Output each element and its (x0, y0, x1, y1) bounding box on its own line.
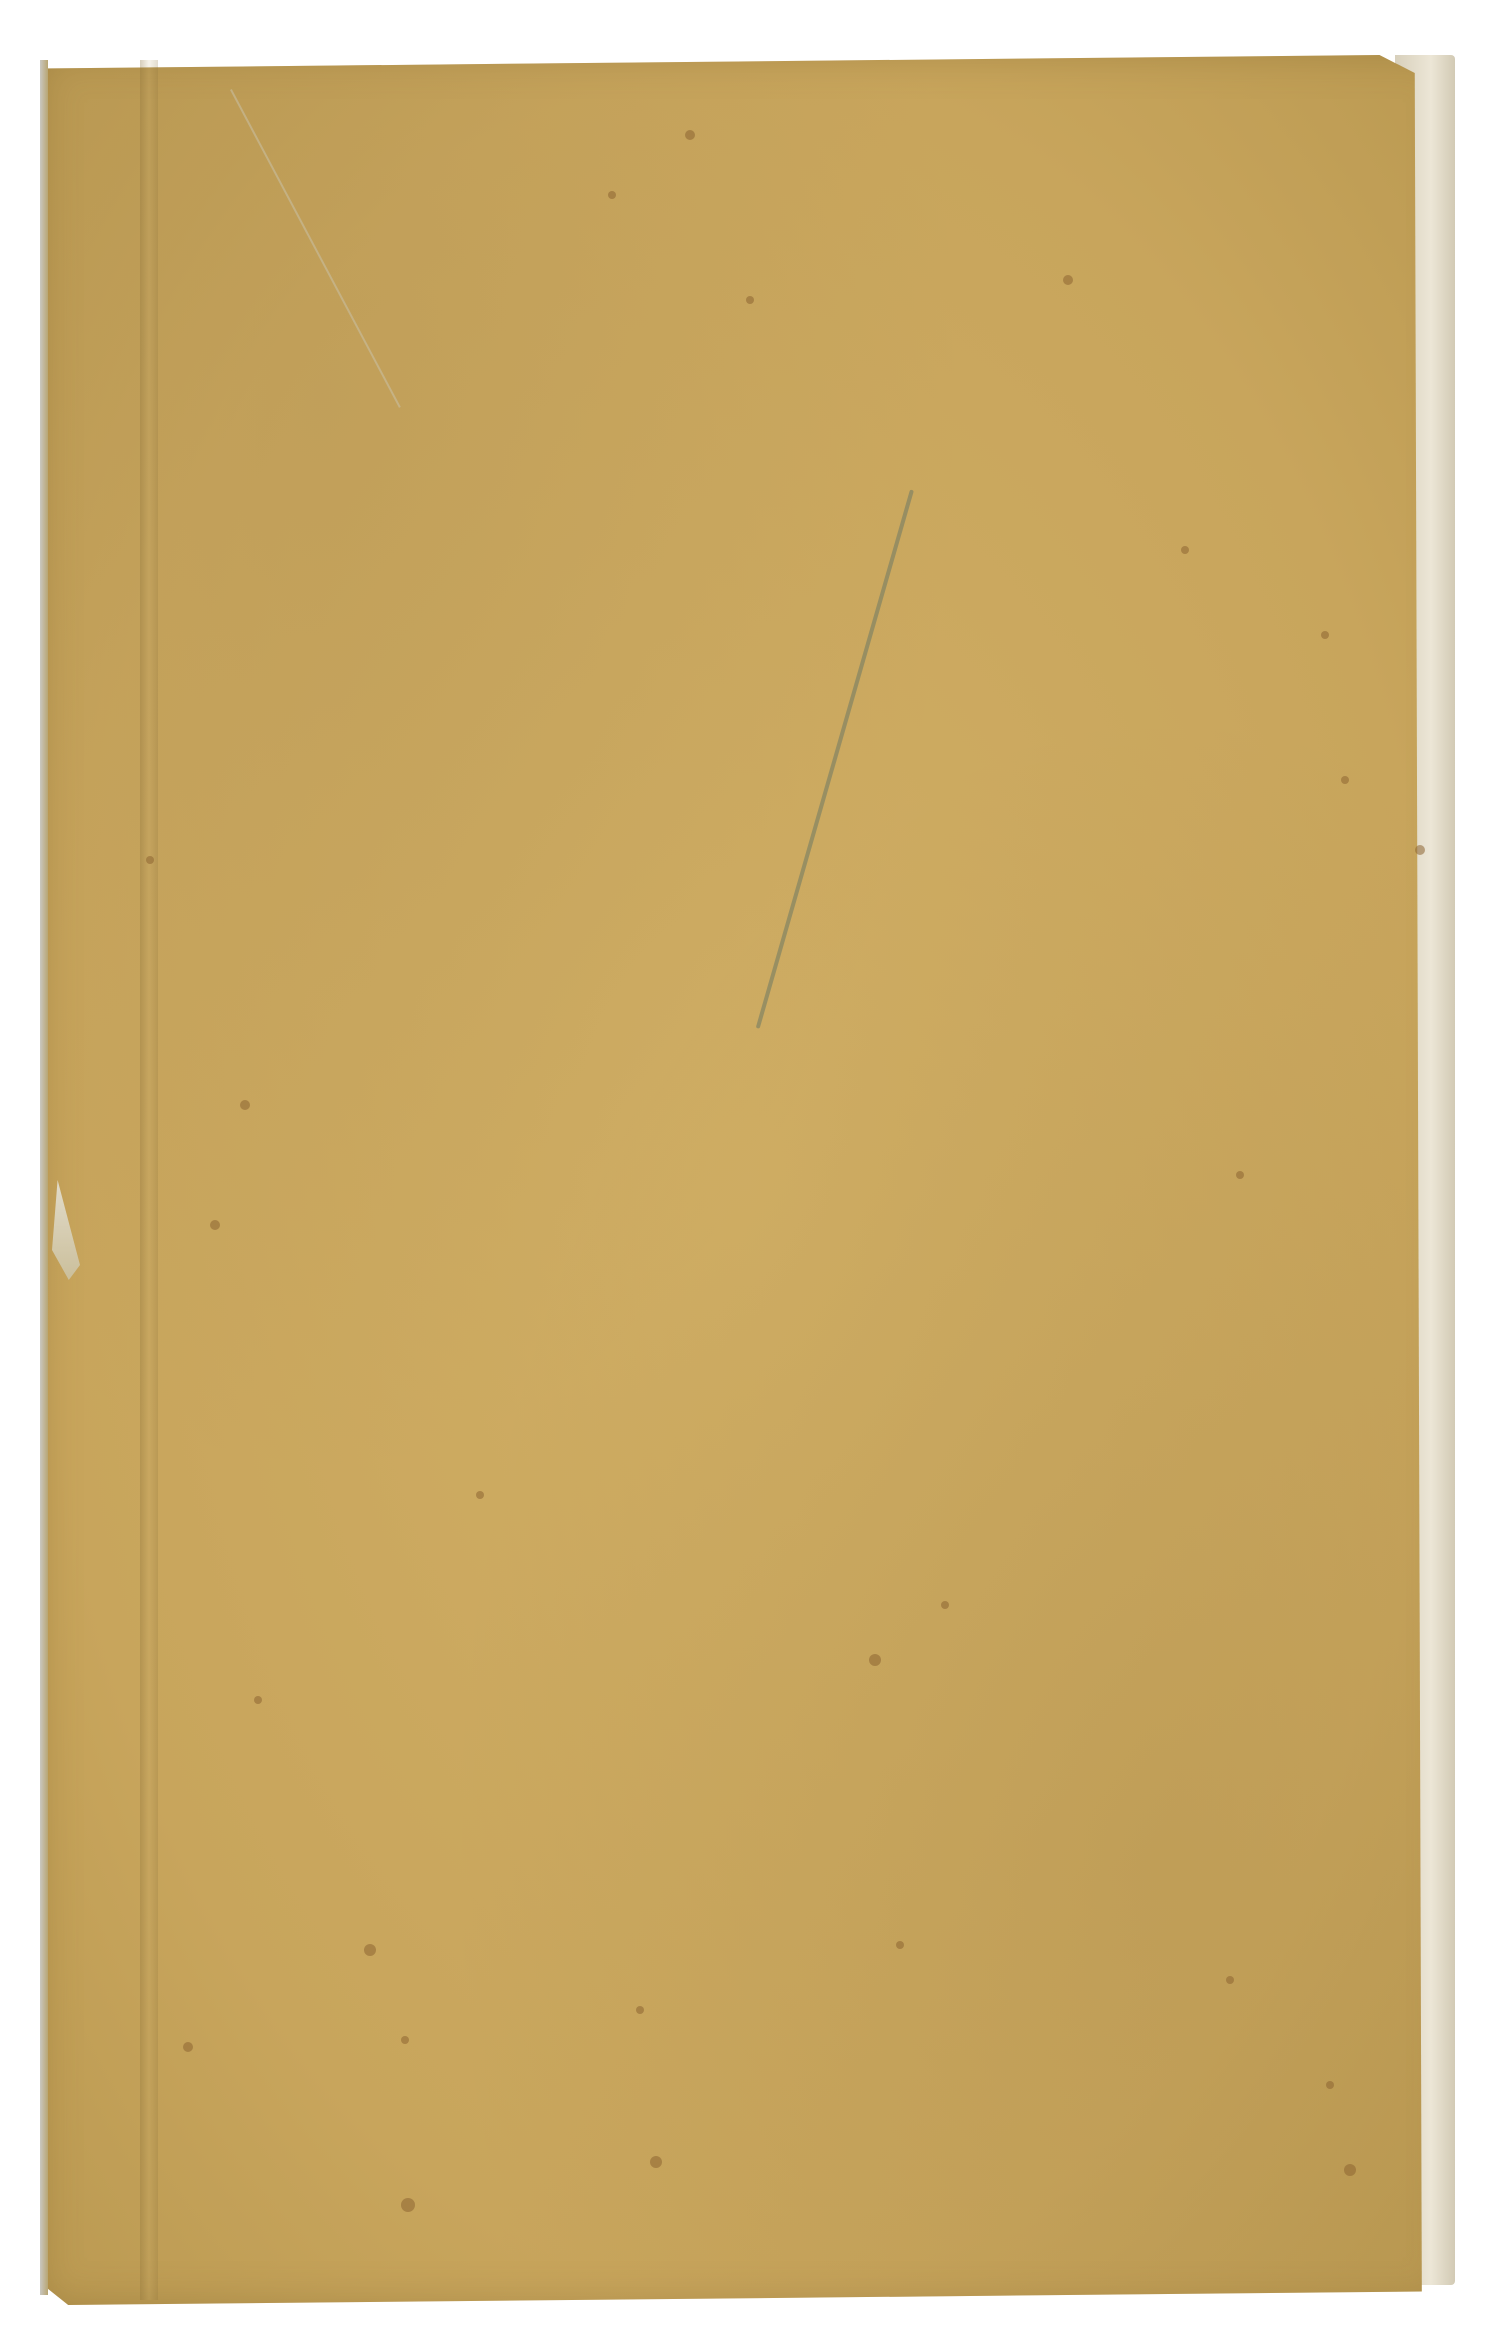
foxing-spot (941, 1601, 949, 1609)
foxing-spot (685, 130, 695, 140)
foxing-spot (896, 1941, 904, 1949)
foxing-spot (1236, 1171, 1244, 1179)
foxing-spot (1341, 776, 1349, 784)
foxing-spot (1063, 275, 1073, 285)
foxing-spot (1181, 546, 1189, 554)
foxing-spot (1226, 1976, 1234, 1984)
foxing-spot (364, 1944, 376, 1956)
foxing-spot (1326, 2081, 1334, 2089)
foxing-spot (1321, 631, 1329, 639)
cover-left-edge (40, 60, 48, 2295)
foxing-spot (650, 2156, 662, 2168)
foxing-spot (1344, 2164, 1356, 2176)
foxing-spot (183, 2042, 193, 2052)
foxing-spot (254, 1696, 262, 1704)
foxing-spot (1415, 845, 1425, 855)
foxing-spot (240, 1100, 250, 1110)
foxing-spot (608, 191, 616, 199)
foxing-spot (636, 2006, 644, 2014)
foxing-spot (476, 1491, 484, 1499)
foxing-spot (401, 2036, 409, 2044)
faded-title-text (240, 810, 800, 870)
spine-fold (140, 60, 158, 2300)
foxing-spot (869, 1654, 881, 1666)
book-cover (40, 55, 1450, 2305)
foxing-spot (746, 296, 754, 304)
foxing-spot (210, 1220, 220, 1230)
foxing-spot (401, 2198, 415, 2212)
foxing-spot (146, 856, 154, 864)
